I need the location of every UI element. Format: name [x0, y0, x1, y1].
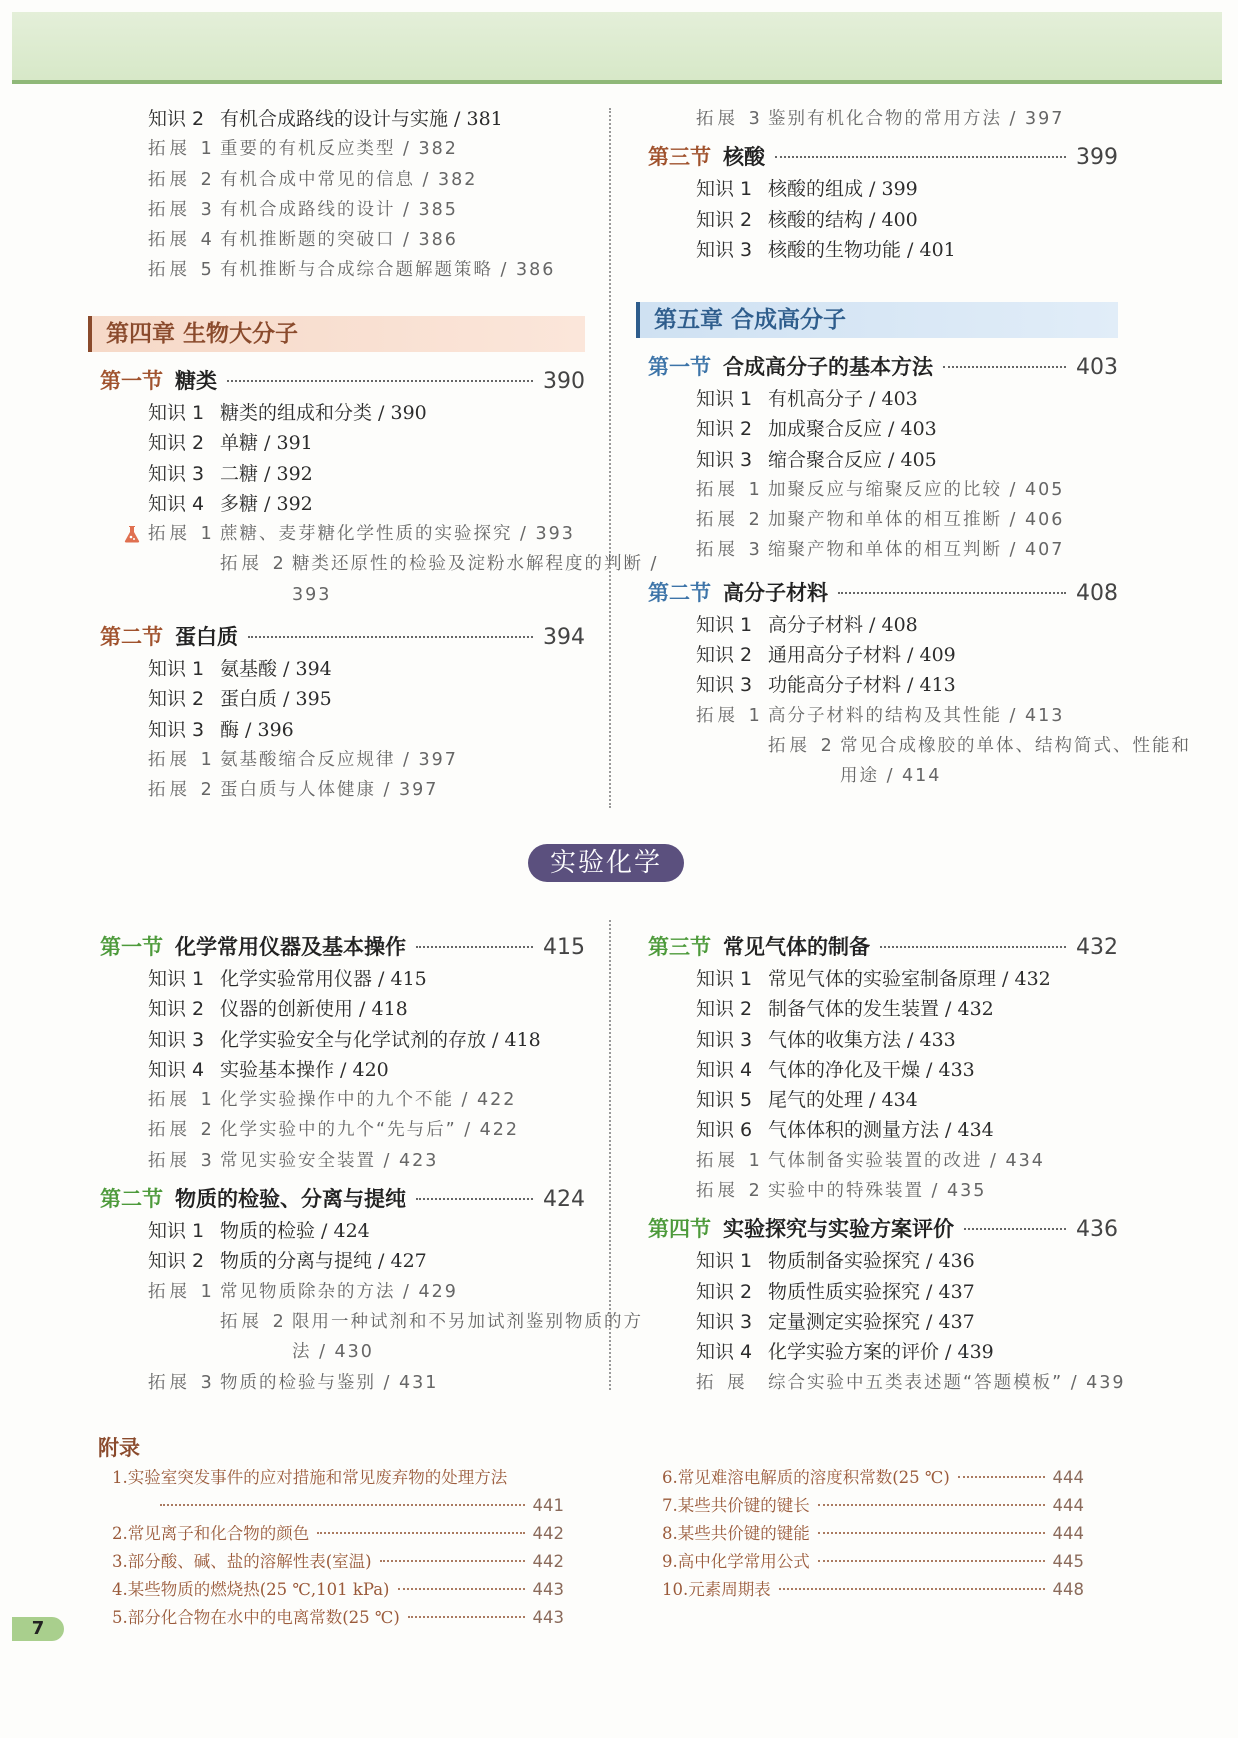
- chapter-5: 第五章 合成高分子 第一节合成高分子的基本方法403 知识 1有机高分子 / 4…: [648, 302, 1118, 792]
- toc-entry[interactable]: 拓展 1化学实验操作中的九个不能 / 422: [148, 1085, 585, 1115]
- leader-dots: [943, 366, 1066, 368]
- leader-dots: [818, 1560, 1045, 1562]
- toc-entry[interactable]: 知识 2核酸的结构 / 400: [696, 205, 1118, 235]
- toc-entry[interactable]: 拓 展综合实验中五类表述题“答题模板” / 439: [696, 1368, 1118, 1398]
- toc-entry[interactable]: 拓展 2蛋白质与人体健康 / 397: [148, 775, 585, 805]
- appendix-entry[interactable]: 2.常见离子和化合物的颜色442: [112, 1520, 564, 1548]
- toc-entry[interactable]: 知识 1氨基酸 / 394: [148, 654, 585, 684]
- toc-entry[interactable]: 知识 3二糖 / 392: [148, 459, 585, 489]
- right-column-top: 拓展 3鉴别有机化合物的常用方法 / 397 第三节核酸399 知识 1核酸的组…: [648, 104, 1118, 265]
- header-band: [12, 12, 1222, 84]
- appendix-entry-continued[interactable]: 441: [112, 1492, 564, 1520]
- toc-entry[interactable]: 拓展 3缩聚产物和单体的相互判断 / 407: [696, 535, 1118, 565]
- toc-entry[interactable]: 知识 1有机高分子 / 403: [696, 384, 1118, 414]
- toc-entry[interactable]: 知识 2加成聚合反应 / 403: [696, 414, 1118, 444]
- toc-entry[interactable]: 知识 1常见气体的实验室制备原理 / 432: [696, 964, 1118, 994]
- toc-entry[interactable]: 知识 6气体体积的测量方法 / 434: [696, 1115, 1118, 1145]
- section-heading[interactable]: 第三节核酸399: [648, 140, 1118, 174]
- toc-entry[interactable]: 拓展 3常见实验安全装置 / 423: [148, 1146, 585, 1176]
- section-heading[interactable]: 第二节物质的检验、分离与提纯424: [100, 1182, 585, 1216]
- leader-dots: [160, 1504, 525, 1506]
- toc-entry[interactable]: 知识 3气体的收集方法 / 433: [696, 1025, 1118, 1055]
- section-heading[interactable]: 第一节合成高分子的基本方法403: [648, 350, 1118, 384]
- toc-entry[interactable]: 拓展 1气体制备实验装置的改进 / 434: [696, 1146, 1118, 1176]
- leader-dots: [880, 946, 1066, 948]
- leader-dots: [416, 946, 533, 948]
- toc-entry[interactable]: 拓展 3有机合成路线的设计 / 385: [148, 195, 585, 225]
- experiment-right: 第三节常见气体的制备432 知识 1常见气体的实验室制备原理 / 432 知识 …: [648, 924, 1118, 1398]
- toc-entry[interactable]: 知识 4化学实验方案的评价 / 439: [696, 1337, 1118, 1367]
- toc-entry[interactable]: 拓展 2化学实验中的九个“先与后” / 422: [148, 1115, 585, 1145]
- toc-entry[interactable]: 拓展 1蔗糖、麦芽糖化学性质的实验探究 / 393: [148, 519, 585, 549]
- toc-entry[interactable]: 知识 1核酸的组成 / 399: [696, 174, 1118, 204]
- leader-dots: [317, 1532, 524, 1534]
- toc-entry[interactable]: 知识 1化学实验常用仪器 / 415: [148, 964, 585, 994]
- section-heading[interactable]: 第一节糖类390: [100, 364, 585, 398]
- toc-entry[interactable]: 知识 4气体的净化及干燥 / 433: [696, 1055, 1118, 1085]
- leader-dots: [775, 156, 1066, 158]
- toc-entry[interactable]: 知识 3化学实验安全与化学试剂的存放 / 418: [148, 1025, 585, 1055]
- appendix-entry[interactable]: 6.常见难溶电解质的溶度积常数(25 ℃)444: [662, 1464, 1084, 1492]
- leader-dots: [380, 1560, 525, 1562]
- toc-entry[interactable]: 知识 3缩合聚合反应 / 405: [696, 445, 1118, 475]
- toc-entry[interactable]: 知识 4多糖 / 392: [148, 489, 585, 519]
- toc-entry[interactable]: 拓展 3鉴别有机化合物的常用方法 / 397: [696, 104, 1118, 134]
- toc-entry[interactable]: 知识 2通用高分子材料 / 409: [696, 640, 1118, 670]
- toc-entry[interactable]: 拓展 2常见合成橡胶的单体、结构简式、性能和用途 / 414: [768, 731, 1200, 792]
- leader-dots: [838, 592, 1066, 594]
- toc-entry[interactable]: 拓展 1常见物质除杂的方法 / 429: [148, 1277, 585, 1307]
- toc-entry[interactable]: 拓展 2限用一种试剂和不另加试剂鉴别物质的方法 / 430: [220, 1307, 662, 1368]
- leader-dots: [408, 1616, 525, 1618]
- appendix-entry[interactable]: 3.部分酸、碱、盐的溶解性表(室温)442: [112, 1548, 564, 1576]
- toc-entry[interactable]: 知识 2有机合成路线的设计与实施 / 381: [148, 104, 585, 134]
- toc-entry[interactable]: 知识 2仪器的创新使用 / 418: [148, 994, 585, 1024]
- section-heading[interactable]: 第一节化学常用仪器及基本操作415: [100, 930, 585, 964]
- section-heading[interactable]: 第三节常见气体的制备432: [648, 930, 1118, 964]
- section-heading[interactable]: 第二节高分子材料408: [648, 576, 1118, 610]
- appendix-entry[interactable]: 7.某些共价键的键长444: [662, 1492, 1084, 1520]
- chapter-5-title[interactable]: 第五章 合成高分子: [636, 302, 1118, 338]
- toc-entry[interactable]: 知识 3酶 / 396: [148, 715, 585, 745]
- leader-dots: [964, 1228, 1066, 1230]
- leader-dots: [227, 380, 533, 382]
- toc-entry[interactable]: 知识 3核酸的生物功能 / 401: [696, 235, 1118, 265]
- appendix-left: 1.实验室突发事件的应对措施和常见废弃物的处理方法 441 2.常见离子和化合物…: [112, 1464, 564, 1632]
- toc-entry[interactable]: 知识 2蛋白质 / 395: [148, 684, 585, 714]
- toc-entry[interactable]: 知识 3定量测定实验探究 / 437: [696, 1307, 1118, 1337]
- appendix-entry[interactable]: 4.某些物质的燃烧热(25 ℃,101 kPa)443: [112, 1576, 564, 1604]
- section-heading[interactable]: 第二节蛋白质394: [100, 620, 585, 654]
- appendix-entry[interactable]: 5.部分化合物在水中的电离常数(25 ℃)443: [112, 1604, 564, 1632]
- toc-entry[interactable]: 拓展 1氨基酸缩合反应规律 / 397: [148, 745, 585, 775]
- leader-dots: [398, 1588, 525, 1590]
- flask-icon: [124, 525, 140, 543]
- toc-entry[interactable]: 拓展 2加聚产物和单体的相互推断 / 406: [696, 505, 1118, 535]
- experiment-left: 第一节化学常用仪器及基本操作415 知识 1化学实验常用仪器 / 415 知识 …: [100, 924, 585, 1398]
- toc-entry[interactable]: 知识 2制备气体的发生装置 / 432: [696, 994, 1118, 1024]
- toc-entry[interactable]: 知识 3功能高分子材料 / 413: [696, 670, 1118, 700]
- toc-entry[interactable]: 知识 1高分子材料 / 408: [696, 610, 1118, 640]
- leader-dots: [416, 1198, 533, 1200]
- toc-entry[interactable]: 知识 4实验基本操作 / 420: [148, 1055, 585, 1085]
- toc-entry[interactable]: 拓展 1高分子材料的结构及其性能 / 413: [696, 701, 1118, 731]
- page-number: 7: [12, 1617, 64, 1641]
- appendix-right: 6.常见难溶电解质的溶度积常数(25 ℃)444 7.某些共价键的键长444 8…: [662, 1464, 1084, 1604]
- toc-entry[interactable]: 知识 1糖类的组成和分类 / 390: [148, 398, 585, 428]
- toc-entry[interactable]: 知识 1物质制备实验探究 / 436: [696, 1246, 1118, 1276]
- left-column-top: 知识 2有机合成路线的设计与实施 / 381 拓展 1重要的有机反应类型 / 3…: [100, 104, 585, 286]
- section-heading[interactable]: 第四节实验探究与实验方案评价436: [648, 1212, 1118, 1246]
- toc-entry[interactable]: 拓展 1重要的有机反应类型 / 382: [148, 134, 585, 164]
- leader-dots: [779, 1588, 1045, 1590]
- appendix-entry[interactable]: 8.某些共价键的键能444: [662, 1520, 1084, 1548]
- toc-entry[interactable]: 知识 2物质的分离与提纯 / 427: [148, 1246, 585, 1276]
- toc-entry[interactable]: 拓展 3物质的检验与鉴别 / 431: [148, 1368, 585, 1398]
- toc-entry[interactable]: 知识 2单糖 / 391: [148, 428, 585, 458]
- toc-entry[interactable]: 拓展 2实验中的特殊装置 / 435: [696, 1176, 1118, 1206]
- appendix-title: 附录: [98, 1432, 140, 1462]
- toc-entry[interactable]: 拓展 5有机推断与合成综合题解题策略 / 386: [148, 255, 585, 285]
- toc-entry[interactable]: 知识 5尾气的处理 / 434: [696, 1085, 1118, 1115]
- toc-entry[interactable]: 知识 2物质性质实验探究 / 437: [696, 1277, 1118, 1307]
- appendix-entry[interactable]: 10.元素周期表448: [662, 1576, 1084, 1604]
- leader-dots: [818, 1532, 1045, 1534]
- column-divider-top: [609, 108, 611, 808]
- toc-entry[interactable]: 知识 1物质的检验 / 424: [148, 1216, 585, 1246]
- toc-entry[interactable]: 拓展 2有机合成中常见的信息 / 382: [148, 165, 585, 195]
- toc-entry[interactable]: 拓展 1加聚反应与缩聚反应的比较 / 405: [696, 475, 1118, 505]
- leader-dots: [248, 636, 533, 638]
- toc-entry[interactable]: 拓展 2糖类还原性的检验及淀粉水解程度的判断 / 393: [220, 549, 662, 610]
- chapter-4-title[interactable]: 第四章 生物大分子: [88, 316, 585, 352]
- toc-entry[interactable]: 拓展 4有机推断题的突破口 / 386: [148, 225, 585, 255]
- appendix-entry[interactable]: 9.高中化学常用公式445: [662, 1548, 1084, 1576]
- experiment-chemistry-banner: 实验化学: [528, 844, 684, 882]
- appendix-entry[interactable]: 1.实验室突发事件的应对措施和常见废弃物的处理方法: [112, 1464, 564, 1492]
- leader-dots: [818, 1504, 1045, 1506]
- chapter-4: 第四章 生物大分子 第一节糖类390 知识 1糖类的组成和分类 / 390 知识…: [100, 316, 585, 806]
- leader-dots: [958, 1476, 1045, 1478]
